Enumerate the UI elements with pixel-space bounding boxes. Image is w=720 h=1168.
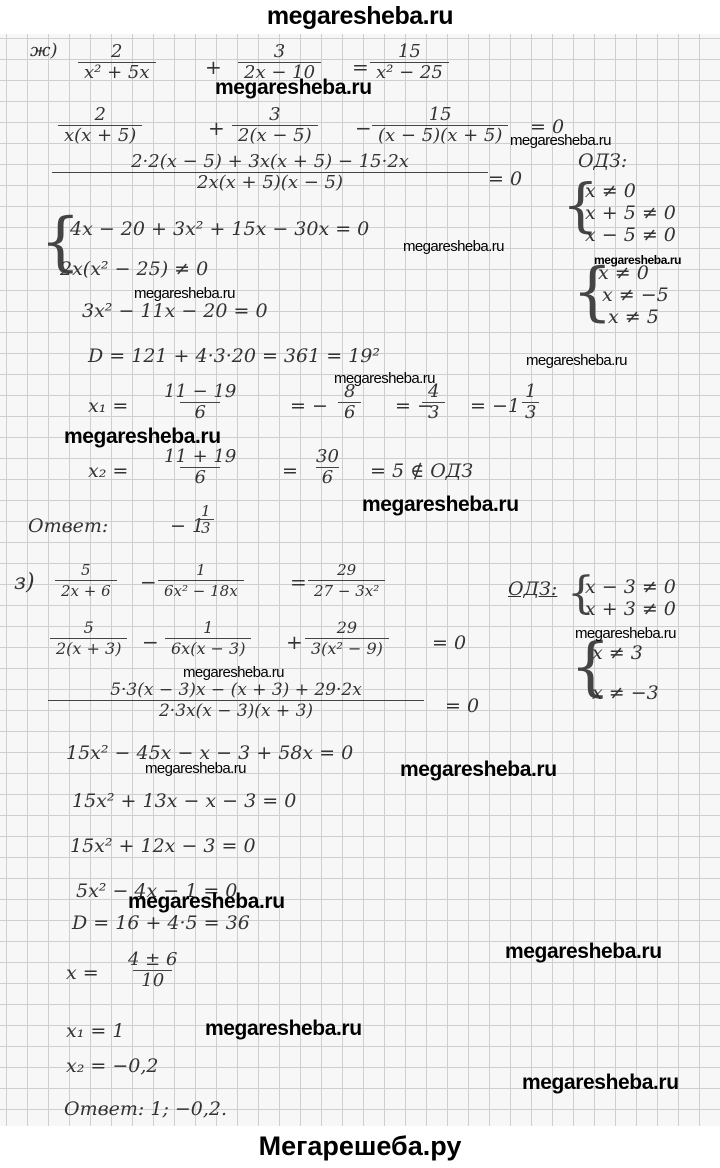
- z-answer: Ответ: 1; −0,2.: [64, 1098, 227, 1120]
- zh-eq3-rhs: = 0: [488, 168, 522, 190]
- watermark: megaresheba.ru: [334, 370, 435, 387]
- zh-eq1-term3: 15x² − 25: [370, 42, 449, 83]
- z-eq1-term3: 2927 − 3x²: [308, 560, 385, 601]
- watermark: megaresheba.ru: [403, 238, 504, 255]
- zh-odz1-line2: x + 5 ≠ 0: [585, 202, 676, 224]
- z-odz2-line2: x ≠ −3: [592, 682, 659, 704]
- z-odz1-line1: x − 3 ≠ 0: [585, 576, 676, 598]
- z-step-2: 15x² + 13x − x − 3 = 0: [72, 790, 296, 812]
- watermark: megaresheba.ru: [594, 253, 681, 267]
- watermark: megaresheba.ru: [183, 664, 284, 681]
- watermark: megaresheba.ru: [205, 1017, 362, 1041]
- part-zh-label: ж): [30, 40, 57, 61]
- zh-x1-f3: 13: [522, 382, 539, 423]
- zh-x1-f2: 43: [422, 382, 445, 423]
- zh-answer-label: Ответ:: [28, 515, 108, 537]
- z-odz-title: ОДЗ:: [508, 578, 557, 600]
- z-x2: x₂ = −0,2: [66, 1055, 158, 1077]
- z-eq3-rhs: = 0: [445, 695, 479, 717]
- z-eq2-op2: +: [286, 630, 303, 654]
- z-odz2-line1: x ≠ 3: [592, 642, 643, 664]
- zh-odz-title: ОДЗ:: [578, 150, 627, 172]
- zh-system-line2: 2x(x² − 25) ≠ 0: [60, 258, 208, 280]
- zh-x1-f1: 86: [338, 382, 361, 423]
- z-eq2-term2: 16x(x − 3): [165, 618, 251, 659]
- watermark: megaresheba.ru: [526, 352, 627, 369]
- z-eq2-rhs: = 0: [432, 632, 466, 654]
- zh-eq3-fraction: 2·2(x − 5) + 3x(x + 5) − 15·2x2x(x + 5)(…: [52, 152, 488, 193]
- watermark: megaresheba.ru: [215, 76, 372, 100]
- zh-x2-frac: 11 + 196: [150, 447, 250, 488]
- z-eq1-term2: 16x² − 18x: [158, 560, 244, 601]
- z-eq2-op1: −: [142, 630, 159, 654]
- zh-system-line1: 4x − 20 + 3x² + 15x − 30x = 0: [70, 218, 369, 240]
- zh-x2-rest: = 5 ∉ ОДЗ: [370, 460, 473, 482]
- zh-x1-lhs: x₁ =: [88, 395, 128, 417]
- watermark: megaresheba.ru: [522, 1071, 679, 1095]
- zh-odz2-line3: x ≠ 5: [608, 306, 659, 328]
- z-eq1-eq: =: [290, 570, 307, 594]
- watermark: megaresheba.ru: [575, 625, 676, 642]
- z-step-5: D = 16 + 4·5 = 36: [72, 912, 250, 934]
- z-eq2-term1: 52(x + 3): [50, 618, 127, 659]
- zh-x1-eq1: = −: [290, 395, 328, 417]
- zh-x1-eq3: = −1: [470, 395, 520, 417]
- zh-answer-frac: 13: [198, 503, 214, 536]
- z-step-3: 15x² + 12x − 3 = 0: [70, 835, 256, 857]
- zh-odz1-line1: x ≠ 0: [585, 180, 636, 202]
- site-footer: Мегарешеба.ру: [0, 1126, 720, 1168]
- zh-eq2-term3: 15(x − 5)(x + 5): [372, 105, 508, 146]
- zh-x2-lhs: x₂ =: [88, 460, 128, 482]
- zh-eq2-op1: +: [208, 116, 225, 140]
- watermark: megaresheba.ru: [145, 760, 246, 777]
- zh-odz2-line2: x ≠ −5: [602, 284, 669, 306]
- zh-x2-eq1: =: [282, 460, 298, 482]
- site-header: megaresheba.ru: [0, 0, 720, 34]
- z-x-lhs: x =: [66, 962, 99, 984]
- watermark: megaresheba.ru: [128, 890, 285, 914]
- zh-eq2-op2: −: [355, 116, 372, 140]
- zh-x1-frac: 11 − 196: [150, 382, 250, 423]
- zh-eq2-term1: 2x(x + 5): [58, 105, 142, 146]
- z-odz1-line2: x + 3 ≠ 0: [585, 598, 676, 620]
- zh-quadratic: 3x² − 11x − 20 = 0: [82, 300, 268, 322]
- zh-odz1-line3: x − 5 ≠ 0: [585, 224, 676, 246]
- watermark: megaresheba.ru: [134, 285, 235, 302]
- watermark: megaresheba.ru: [510, 132, 611, 149]
- z-eq3-fraction: 5·3(x − 3)x − (x + 3) + 29·2x2·3x(x − 3)…: [48, 680, 424, 721]
- part-z-label: з): [14, 570, 35, 595]
- watermark: megaresheba.ru: [400, 758, 557, 782]
- z-eq1-op: −: [140, 570, 157, 594]
- zh-eq2-term2: 32(x − 5): [232, 105, 318, 146]
- z-x-frac: 4 ± 610: [120, 950, 185, 991]
- zh-discriminant: D = 121 + 4·3·20 = 361 = 19²: [88, 345, 380, 367]
- z-x1: x₁ = 1: [66, 1020, 124, 1042]
- zh-eq1-term1: 2x² + 5x: [78, 42, 156, 83]
- watermark: megaresheba.ru: [64, 425, 221, 449]
- zh-x2-f1: 306: [310, 447, 345, 488]
- z-eq1-term1: 52x + 6: [55, 560, 117, 601]
- z-eq2-term3: 293(x² − 9): [305, 618, 389, 659]
- watermark: megaresheba.ru: [362, 493, 519, 517]
- watermark: megaresheba.ru: [505, 940, 662, 964]
